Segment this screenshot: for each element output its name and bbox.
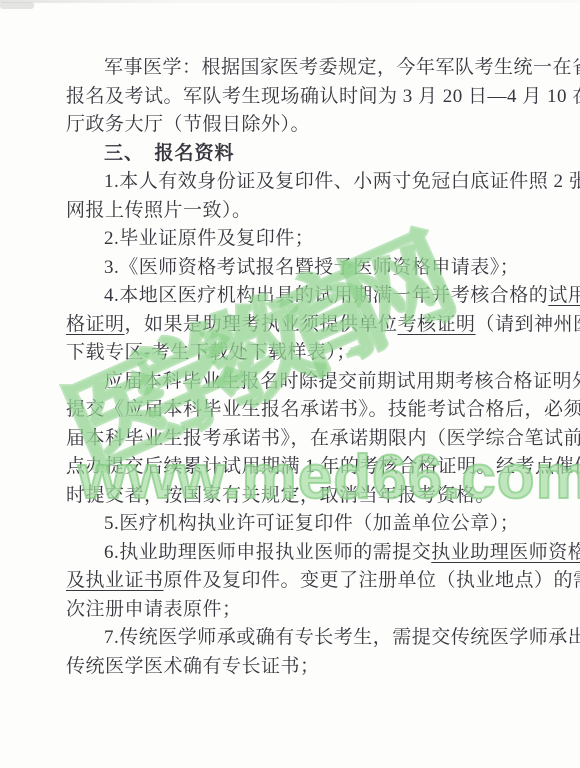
underlined-text-segment: 及执业证书 [66, 570, 164, 591]
section-heading-line: 三、 报名资料 [66, 140, 518, 169]
text-line: 届本科毕业生报考承诺书》，在承诺期限内（医学综合笔试前）向考 [66, 425, 518, 454]
document-body: 军事医学：根据国家医考委规定，今年军队考生统一在省直考点报名及考试。军队考生现场… [66, 54, 518, 681]
text-segment: 次注册申请表原件； [66, 599, 242, 620]
text-segment: 厅政务大厅（节假日除外）。 [66, 114, 310, 135]
text-line: 格证明，如果是助理考执业须提供单位考核证明（请到神州医师网- [66, 311, 518, 340]
underlined-text-segment: 考核证明 [398, 314, 476, 335]
underlined-text-segment: 试用期合 [548, 285, 580, 306]
text-line: 应届本科毕业生报名时除提交前期试用期考核合格证明外，还应 [66, 368, 518, 397]
text-segment: 提交《应届本科毕业生报名承诺书》。技能考试合格后，必须履行《应 [66, 399, 580, 420]
scan-corner-smudge [0, 2, 34, 9]
text-segment: 6.执业助理医师申报执业医师的需提交 [104, 542, 431, 563]
text-segment: 时提交者，按国家有关规定，取消当年报考资格。 [66, 485, 495, 506]
text-line: 7.传统医学师承或确有专长考生，需提交传统医学师承出师证或 [66, 624, 518, 653]
text-segment: 7.传统医学师承或确有专长考生，需提交传统医学师承出师证或 [104, 627, 580, 648]
text-line: 点办提交后续累计试用期满 1 年的考核合格证明。经考点催促仍未按 [66, 453, 518, 482]
text-segment: 届本科毕业生报考承诺书》，在承诺期限内（医学综合笔试前）向考 [66, 428, 580, 449]
text-segment: 4.本地区医疗机构出具的试用期满一年并考核合格的 [104, 285, 548, 306]
text-line: 厅政务大厅（节假日除外）。 [66, 111, 518, 140]
text-segment: 5.医疗机构执业许可证复印件（加盖单位公章）； [104, 513, 519, 534]
text-line: 及执业证书原件及复印件。变更了注册单位（执业地点）的需提供首 [66, 567, 518, 596]
text-line: 5.医疗机构执业许可证复印件（加盖单位公章）； [66, 510, 518, 539]
text-segment: 军事医学：根据国家医考委规定，今年军队考生统一在省直考点 [104, 57, 580, 78]
text-line: 军事医学：根据国家医考委规定，今年军队考生统一在省直考点 [66, 54, 518, 83]
text-segment: （请到神州医师网- [476, 314, 580, 335]
text-line: 次注册申请表原件； [66, 596, 518, 625]
text-segment: 传统医学医术确有专长证书； [66, 656, 320, 677]
scan-edge-artifact [0, 0, 580, 3]
text-segment: 下载专区-考生下载处下载样表）； [66, 342, 356, 363]
underlined-text-segment: 格证明 [66, 314, 125, 335]
text-line: 下载专区-考生下载处下载样表）； [66, 339, 518, 368]
text-line: 网报上传照片一致）。 [66, 197, 518, 226]
text-segment: 三、 报名资料 [104, 143, 235, 164]
text-line: 1.本人有效身份证及复印件、小两寸免冠白底证件照 2 张（须与 [66, 168, 518, 197]
text-segment: 网报上传照片一致）。 [66, 200, 252, 221]
scanned-document-page: 军事医学：根据国家医考委规定，今年军队考生统一在省直考点报名及考试。军队考生现场… [0, 0, 580, 768]
text-segment: 原件及复印件。变更了注册单位（执业地点）的需提供首 [164, 570, 580, 591]
text-line: 4.本地区医疗机构出具的试用期满一年并考核合格的试用期合 [66, 282, 518, 311]
text-segment: 点办提交后续累计试用期满 1 年的考核合格证明。经考点催促仍未按 [66, 456, 580, 477]
text-line: 3.《医师资格考试报名暨授予医师资格申请表》； [66, 254, 518, 283]
text-line: 报名及考试。军队考生现场确认时间为 3 月 20 日—4 月 10 在省卫生 [66, 83, 518, 112]
text-segment: ，如果是助理考执业须提供单位 [125, 314, 398, 335]
text-segment: 2.毕业证原件及复印件； [104, 228, 314, 249]
text-line: 传统医学医术确有专长证书； [66, 653, 518, 682]
text-line: 2.毕业证原件及复印件； [66, 225, 518, 254]
text-line: 提交《应届本科毕业生报名承诺书》。技能考试合格后，必须履行《应 [66, 396, 518, 425]
underlined-text-segment: 执业助理医师资格证书 [431, 542, 580, 563]
text-segment: 1.本人有效身份证及复印件、小两寸免冠白底证件照 2 张（须与 [104, 171, 580, 192]
text-segment: 报名及考试。军队考生现场确认时间为 3 月 20 日—4 月 10 在省卫生 [66, 86, 580, 107]
text-line: 时提交者，按国家有关规定，取消当年报考资格。 [66, 482, 518, 511]
text-segment: 3.《医师资格考试报名暨授予医师资格申请表》； [104, 257, 519, 278]
text-line: 6.执业助理医师申报执业医师的需提交执业助理医师资格证书 [66, 539, 518, 568]
text-segment: 应届本科毕业生报名时除提交前期试用期考核合格证明外，还应 [104, 371, 580, 392]
